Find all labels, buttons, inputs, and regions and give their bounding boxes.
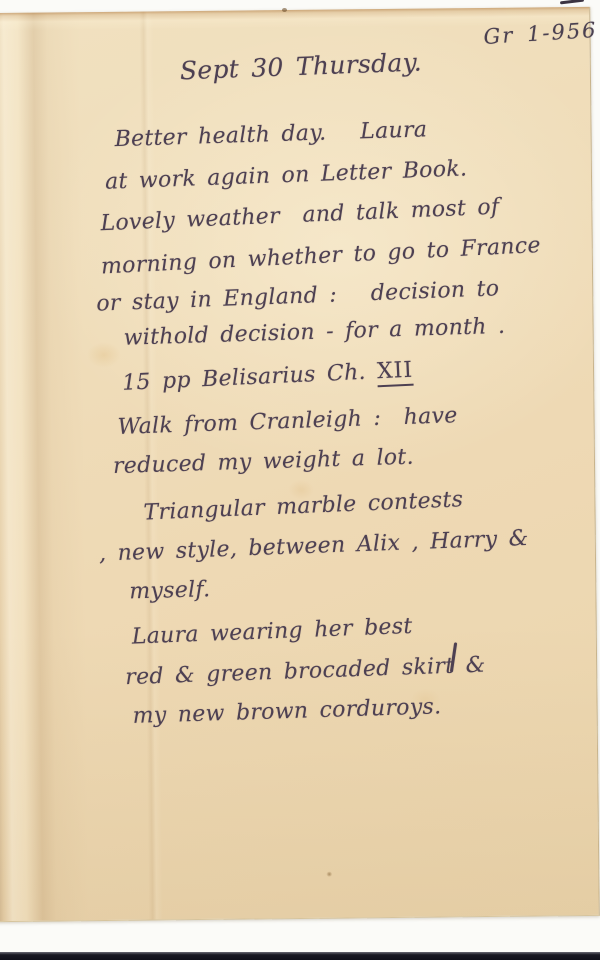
diary-line: Laura wearing her best <box>131 614 413 650</box>
diary-line: Triangular marble contests <box>143 487 464 525</box>
diary-line: Lovely weather and talk most of <box>100 195 500 237</box>
diary-page-scan: Gr 1-956 Sept 30 Thursday. Better health… <box>0 0 600 960</box>
underlined-roman-numeral: XII <box>377 358 414 388</box>
top-edge-ink-mark <box>560 0 584 4</box>
archive-reference: Gr 1-956 <box>483 18 598 49</box>
diary-line: Better health day. Laura <box>114 117 427 152</box>
paper-stain <box>87 342 121 368</box>
diary-line: reduced my weight a lot. <box>113 445 415 479</box>
diary-line-text: 15 pp Belisarius Ch. <box>122 359 378 396</box>
diary-line: , new style, between Alix , Harry & <box>99 526 529 567</box>
diary-line-belisarius: 15 pp Belisarius Ch. XII <box>122 358 414 396</box>
diary-page: Gr 1-956 Sept 30 Thursday. Better health… <box>0 7 600 922</box>
diary-date-heading: Sept 30 Thursday. <box>179 47 422 85</box>
diary-line: withold decision - for a month . <box>123 314 505 351</box>
diary-line: my new brown corduroys. <box>132 694 441 729</box>
paper-speck <box>326 872 332 877</box>
diary-line: at work again on Letter Book. <box>105 156 468 194</box>
diary-line: Walk from Cranleigh : have <box>117 403 458 440</box>
top-edge-speck <box>282 8 287 12</box>
diary-line: or stay in England : decision to <box>96 276 500 316</box>
diary-line: myself. <box>129 577 211 604</box>
scanner-dark-strip <box>0 952 600 960</box>
diary-line: morning on whether to go to France <box>100 233 541 279</box>
diary-line: red & green brocaded skirt & <box>125 653 486 691</box>
